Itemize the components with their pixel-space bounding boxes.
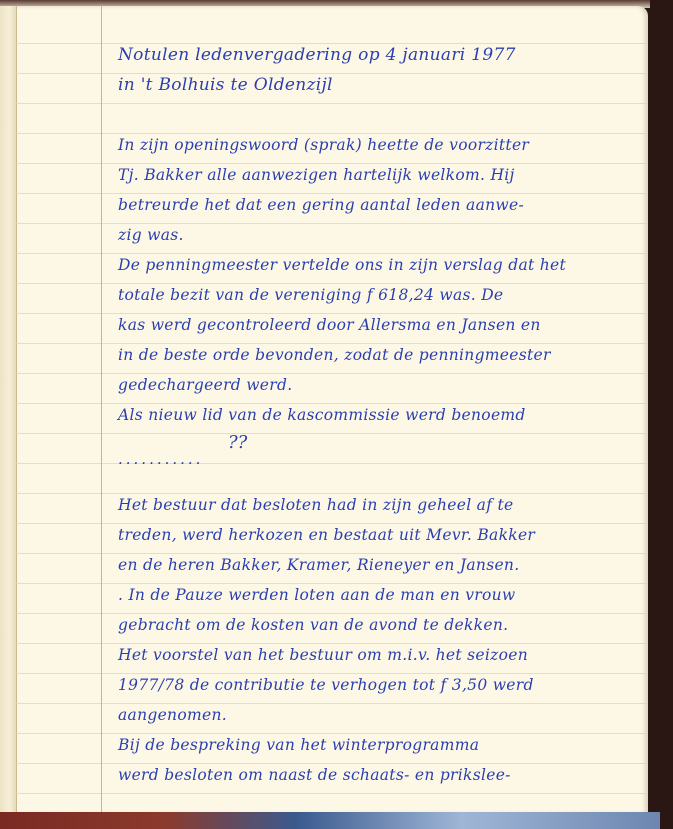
text-line: betreurde het dat een gering aantal lede… <box>118 190 638 220</box>
title-line-2: in 't Bolhuis te Oldenzijl <box>118 70 638 100</box>
text-line: en de heren Bakker, Kramer, Rieneyer en … <box>118 550 638 580</box>
text-line: zig was. <box>118 220 638 250</box>
text-line: In zijn openingswoord (sprak) heette de … <box>118 130 638 160</box>
paragraph-winter-program: Bij de bespreking van het winterprogramm… <box>118 730 638 790</box>
title-line-1: Notulen ledenvergadering op 4 januari 19… <box>118 40 638 70</box>
text-line: 1977/78 de contributie te verhogen tot f… <box>118 670 638 700</box>
text-line: kas werd gecontroleerd door Allersma en … <box>118 310 638 340</box>
blank-line <box>118 100 638 130</box>
text-line: . In de Pauze werden loten aan de man en… <box>118 580 638 610</box>
dotted-blank: ........... <box>118 450 203 468</box>
handwritten-minutes: Notulen ledenvergadering op 4 januari 19… <box>118 40 638 790</box>
text-line: gedechargeerd werd. <box>118 370 638 400</box>
text-line: Bij de bespreking van het winterprogramm… <box>118 730 638 760</box>
text-line: Het voorstel van het bestuur om m.i.v. h… <box>118 640 638 670</box>
text-line: aangenomen. <box>118 700 638 730</box>
page-binding <box>0 6 17 814</box>
text-line: in de beste orde bevonden, zodat de penn… <box>118 340 638 370</box>
text-line: Tj. Bakker alle aanwezigen hartelijk wel… <box>118 160 638 190</box>
notebook-bottom-edge <box>0 812 660 829</box>
text-line: werd besloten om naast de schaats- en pr… <box>118 760 638 790</box>
paragraph-opening: In zijn openingswoord (sprak) heette de … <box>118 130 638 250</box>
paragraph-board: Het bestuur dat besloten had in zijn geh… <box>118 490 638 730</box>
paragraph-treasurer: De penningmeester vertelde ons in zijn v… <box>118 250 638 400</box>
text-line: totale bezit van de vereniging f 618,24 … <box>118 280 638 310</box>
text-line: Het bestuur dat besloten had in zijn geh… <box>118 490 638 520</box>
paragraph-audit-committee: Als nieuw lid van de kascommissie werd b… <box>118 400 638 490</box>
text-line: gebracht om de kosten van de avond te de… <box>118 610 638 640</box>
text-line: Als nieuw lid van de kascommissie werd b… <box>118 400 638 430</box>
text-line: De penningmeester vertelde ons in zijn v… <box>118 250 638 280</box>
question-marks: ?? <box>228 432 247 453</box>
margin-line <box>101 6 102 814</box>
text-line: treden, werd herkozen en bestaat uit Mev… <box>118 520 638 550</box>
